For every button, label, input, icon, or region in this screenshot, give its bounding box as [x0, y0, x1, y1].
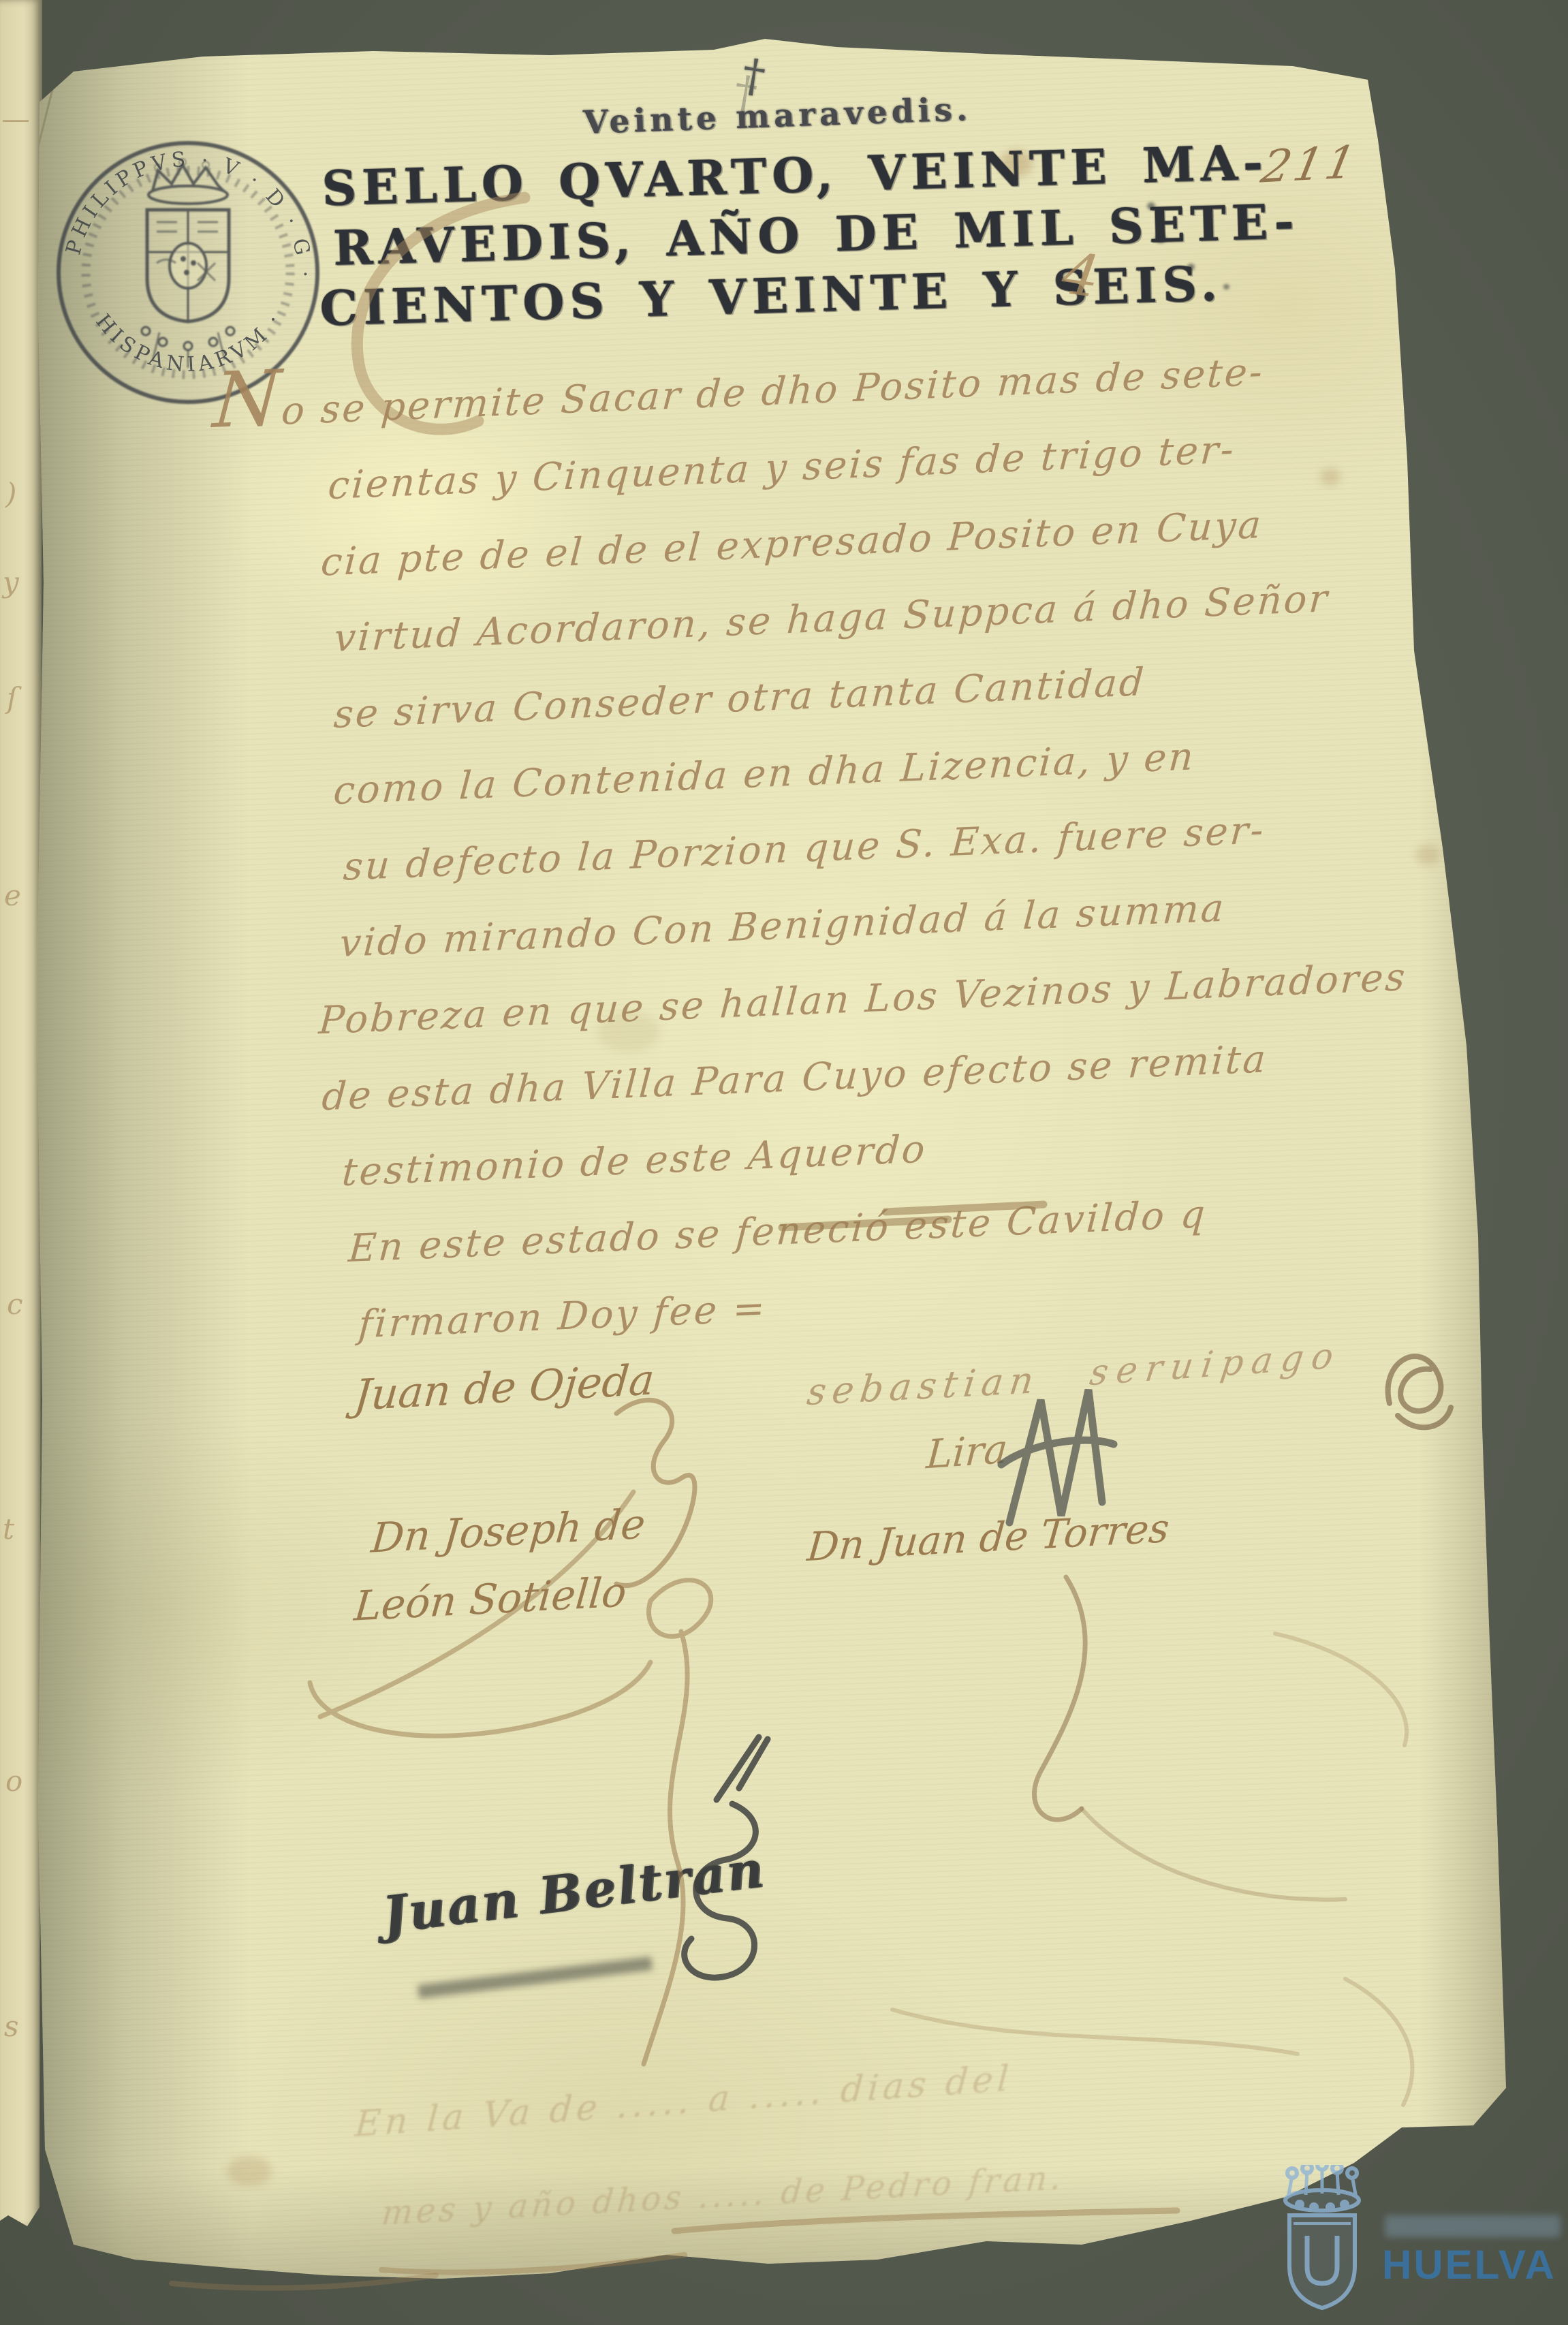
margin-ink-fragment: ) [5, 477, 16, 510]
signature-row2-right: Dn Juan de Torres [805, 1505, 1171, 1570]
folio-number: 211 [1257, 136, 1363, 193]
margin-ink-fragment: t [3, 1512, 14, 1546]
margin-ink-fragment: y [3, 565, 19, 599]
signature-row1-right: seruipago [1087, 1335, 1344, 1394]
margin-ink-fragment: e [4, 879, 21, 912]
margin-ink-fragment: s [4, 2010, 19, 2043]
previous-folio-edge: — ) y ſ e c t o s [0, 0, 42, 2228]
body-text: No se permite Sacar de dho Posito mas de… [293, 325, 1531, 1364]
manuscript-page: † Veinte maravedis. SELLO QVARTO, VEINTE… [33, 37, 1507, 2282]
signature-stamped-juan-beltran: Juan Beltran [379, 1840, 768, 1945]
watermark-subtext-illegible [1385, 2215, 1561, 2237]
signature-row1-left: Juan de Ojeda [352, 1354, 657, 1420]
scanned-manuscript-photo: — ) y ſ e c t o s † Veinte maravedis. SE… [0, 0, 1568, 2325]
faded-footer-line1: En la Va de ..... a ..... dias del [354, 2058, 1014, 2145]
fox-stain [227, 2156, 272, 2186]
margin-ink-fragment: — [1, 102, 30, 136]
signature-row1-center: sebastian [804, 1358, 1041, 1414]
signature-row1-center-2: Lira [925, 1426, 1009, 1478]
ink-smear [418, 1956, 653, 1999]
archive-watermark: HUELVA [1257, 2161, 1568, 2324]
stamp-header: SELLO QVARTO, VEINTE MA- RAVEDIS, AÑO DE… [322, 131, 1302, 339]
huelva-crest-icon [1269, 2165, 1378, 2322]
watermark-text: HUELVA [1382, 2241, 1556, 2288]
signature-row2-left-line2: León Sotiello [352, 1568, 628, 1630]
signature-row2-left-line1: Dn Joseph de [369, 1500, 647, 1562]
margin-ink-fragment: c [7, 1288, 23, 1321]
tax-line: Veinte maravedis. [582, 91, 972, 142]
margin-ink-fragment: o [5, 1764, 22, 1798]
margin-ink-fragment: ſ [7, 681, 18, 715]
notarial-cross-mark: † [738, 48, 769, 104]
